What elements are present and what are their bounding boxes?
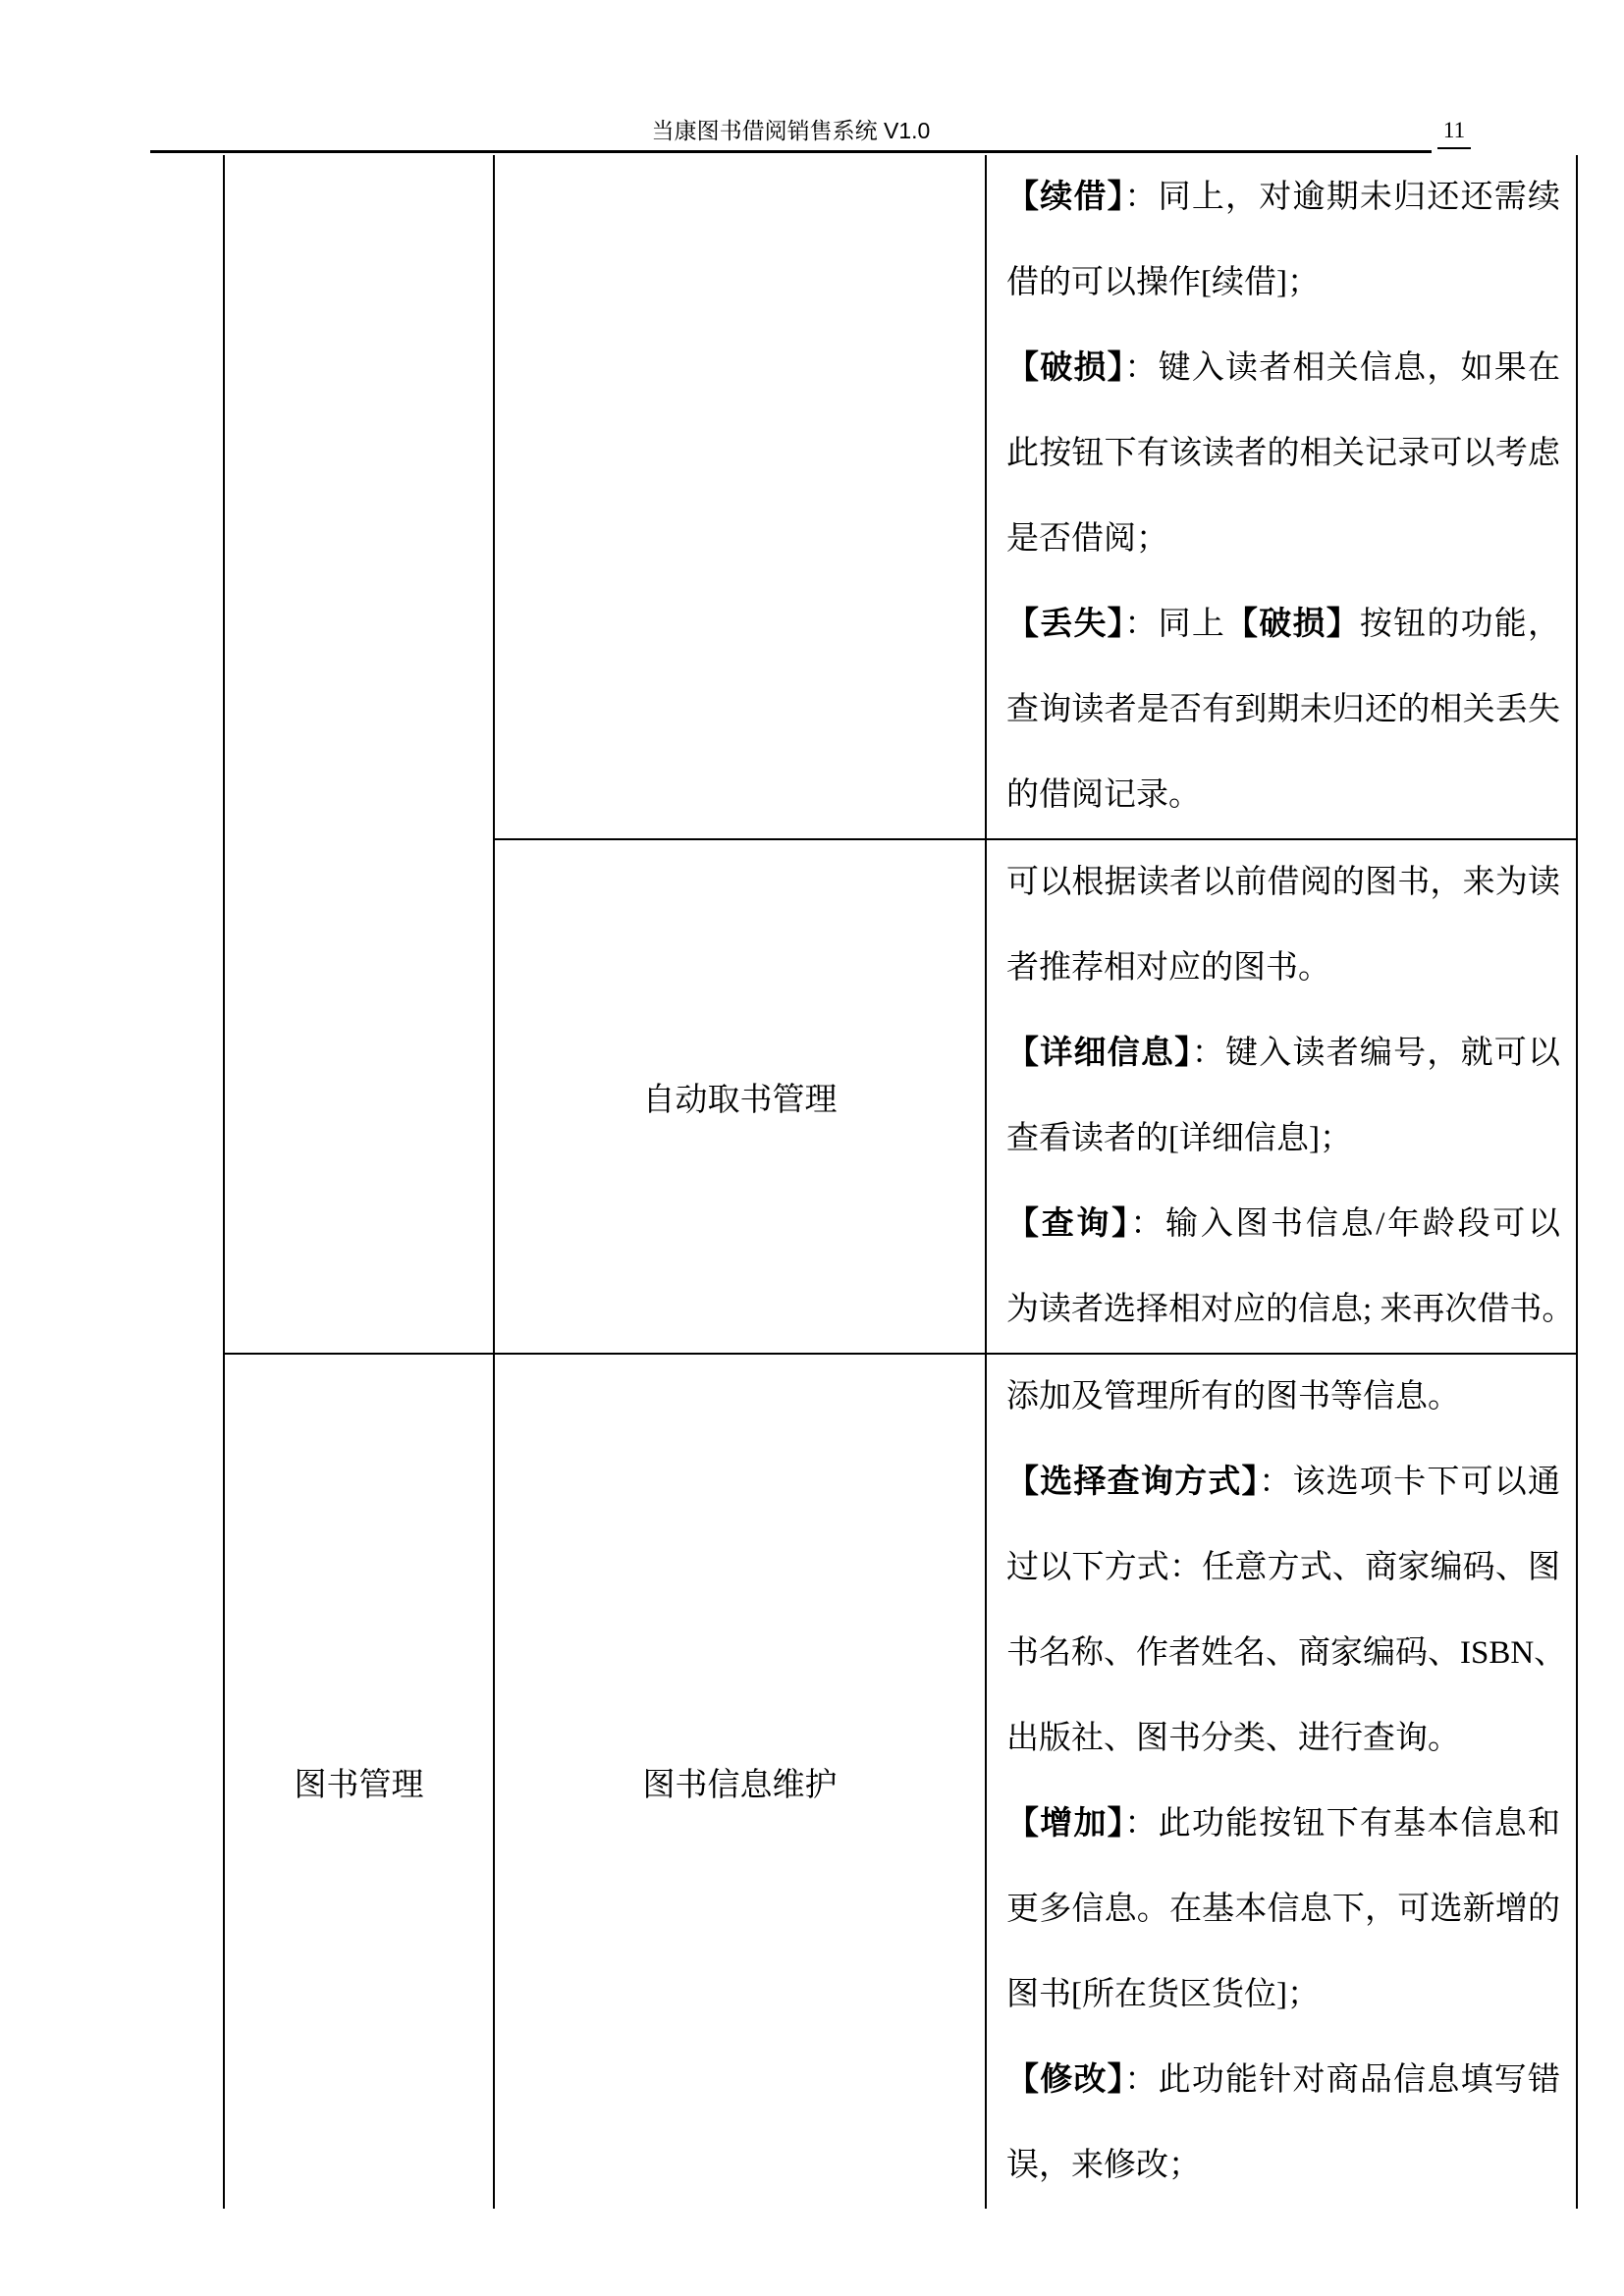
description-segment: 查询读者是否有到期未归还的相关丢失 <box>1006 692 1560 727</box>
document-page: 当康图书借阅销售系统 V1.0 11 【续借】：同上，对逾期未归还还需续借的可以… <box>0 0 1624 2296</box>
description-segment: 图书[所在货区货位]； <box>1006 1977 1320 2012</box>
description-line: 【丢失】：同上【破损】按钮的功能， <box>1006 582 1560 667</box>
table-row: 【续借】：同上，对逾期未归还还需续借的可以操作[续借]；【破损】：键入读者相关信… <box>224 155 1577 839</box>
description-line: 出版社、图书分类、进行查询。 <box>1006 1696 1560 1782</box>
description-segment: ：键入读者编号，就可以 <box>1192 1036 1560 1071</box>
description-line: 【破损】：键入读者相关信息，如果在 <box>1006 326 1560 411</box>
category-cell <box>224 155 494 1354</box>
button-name-text: 【续借】 <box>1006 180 1124 215</box>
table-row: 图书管理 图书信息维护 添加及管理所有的图书等信息。【选择查询方式】：该选项卡下… <box>224 1354 1577 2209</box>
description-line: 过以下方式：任意方式、商家编码、图 <box>1006 1525 1560 1611</box>
module-cell: 自动取书管理 <box>494 839 986 1354</box>
description-line: 误，来修改； <box>1006 2123 1560 2209</box>
description-line: 添加及管理所有的图书等信息。 <box>1006 1355 1560 1440</box>
description-segment: ：同上，对逾期未归还还需续 <box>1124 180 1560 215</box>
description-line: 【续借】：同上，对逾期未归还还需续 <box>1006 155 1560 240</box>
description-line: 书名称、作者姓名、商家编码、ISBN、 <box>1006 1611 1560 1696</box>
module-cell: 图书信息维护 <box>494 1354 986 2209</box>
description-line: 者推荐相对应的图书。 <box>1006 926 1560 1011</box>
description-line: 查看读者的[详细信息]； <box>1006 1096 1560 1182</box>
description-line: 借的可以操作[续借]； <box>1006 240 1560 326</box>
description-cell: 【续借】：同上，对逾期未归还还需续借的可以操作[续借]；【破损】：键入读者相关信… <box>986 155 1577 839</box>
button-name-text: 【详细信息】 <box>1006 1036 1192 1071</box>
description-line: 【增加】：此功能按钮下有基本信息和 <box>1006 1782 1560 1867</box>
description-segment: ：键入读者相关信息，如果在 <box>1124 350 1560 386</box>
description-segment: 误，来修改； <box>1006 2148 1201 2183</box>
description-segment: ：此功能按钮下有基本信息和 <box>1124 1806 1560 1842</box>
description-line: 【查询】：输入图书信息/年龄段可以 <box>1006 1182 1560 1267</box>
description-segment: 是否借阅； <box>1006 521 1168 557</box>
button-name-text: 【破损】 <box>1225 607 1360 642</box>
header-title: 当康图书借阅销售系统 V1.0 <box>652 118 931 143</box>
description-segment: 者推荐相对应的图书。 <box>1006 950 1330 986</box>
category-cell: 图书管理 <box>224 1354 494 2209</box>
description-line: 是否借阅； <box>1006 497 1560 582</box>
description-line: 【修改】：此功能针对商品信息填写错 <box>1006 2038 1560 2123</box>
content-table: 【续借】：同上，对逾期未归还还需续借的可以操作[续借]；【破损】：键入读者相关信… <box>223 155 1578 2209</box>
description-segment: 此按钮下有该读者的相关记录可以考虑 <box>1006 436 1560 471</box>
button-name-text: 【破损】 <box>1006 350 1124 386</box>
module-label: 自动取书管理 <box>643 1083 838 1118</box>
description-cell: 添加及管理所有的图书等信息。【选择查询方式】：该选项卡下可以通过以下方式：任意方… <box>986 1354 1577 2209</box>
description-text: 添加及管理所有的图书等信息。【选择查询方式】：该选项卡下可以通过以下方式：任意方… <box>987 1355 1576 2209</box>
description-segment: 出版社、图书分类、进行查询。 <box>1006 1721 1460 1756</box>
button-name-text: 【丢失】 <box>1006 607 1124 642</box>
description-segment: 添加及管理所有的图书等信息。 <box>1006 1379 1460 1415</box>
description-line: 更多信息。在基本信息下，可选新增的 <box>1006 1867 1560 1952</box>
description-line: 可以根据读者以前借阅的图书，来为读 <box>1006 840 1560 926</box>
page-number: 11 <box>1437 119 1471 149</box>
button-name-text: 【查询】 <box>1006 1206 1130 1242</box>
description-text: 可以根据读者以前借阅的图书，来为读者推荐相对应的图书。【详细信息】：键入读者编号… <box>987 840 1576 1353</box>
description-segment: 更多信息。在基本信息下，可选新增的 <box>1006 1892 1560 1927</box>
description-segment: ：输入图书信息/年龄段可以 <box>1130 1206 1560 1242</box>
description-line: 查询读者是否有到期未归还的相关丢失 <box>1006 667 1560 753</box>
description-segment: 书名称、作者姓名、商家编码、ISBN、 <box>1006 1635 1560 1671</box>
description-segment: 可以根据读者以前借阅的图书，来为读 <box>1006 865 1560 900</box>
description-segment: 为读者选择相对应的信息; 来再次借书。 <box>1006 1292 1560 1327</box>
page-header: 当康图书借阅销售系统 V1.0 <box>150 118 1432 153</box>
button-name-text: 【增加】 <box>1006 1806 1124 1842</box>
description-segment: ：该选项卡下可以通 <box>1259 1465 1560 1500</box>
description-segment: ：此功能针对商品信息填写错 <box>1124 2062 1560 2098</box>
module-cell <box>494 155 986 839</box>
description-line: 的借阅记录。 <box>1006 753 1560 838</box>
description-segment: 过以下方式：任意方式、商家编码、图 <box>1006 1550 1560 1585</box>
description-line: 【详细信息】：键入读者编号，就可以 <box>1006 1011 1560 1096</box>
description-segment: 按钮的功能， <box>1360 607 1560 642</box>
category-label: 图书管理 <box>295 1768 424 1803</box>
description-line: 为读者选择相对应的信息; 来再次借书。 <box>1006 1267 1560 1353</box>
button-name-text: 【选择查询方式】 <box>1006 1465 1259 1500</box>
description-segment: 的借阅记录。 <box>1006 777 1201 813</box>
description-text: 【续借】：同上，对逾期未归还还需续借的可以操作[续借]；【破损】：键入读者相关信… <box>987 155 1576 838</box>
description-line: 图书[所在货区货位]； <box>1006 1952 1560 2038</box>
description-cell: 可以根据读者以前借阅的图书，来为读者推荐相对应的图书。【详细信息】：键入读者编号… <box>986 839 1577 1354</box>
description-segment: 借的可以操作[续借]； <box>1006 265 1320 300</box>
description-segment: 查看读者的[详细信息]； <box>1006 1121 1352 1156</box>
button-name-text: 【修改】 <box>1006 2062 1124 2098</box>
description-line: 【选择查询方式】：该选项卡下可以通 <box>1006 1440 1560 1525</box>
description-line: 此按钮下有该读者的相关记录可以考虑 <box>1006 411 1560 497</box>
module-label: 图书信息维护 <box>643 1768 838 1803</box>
description-segment: ：同上 <box>1124 607 1225 642</box>
